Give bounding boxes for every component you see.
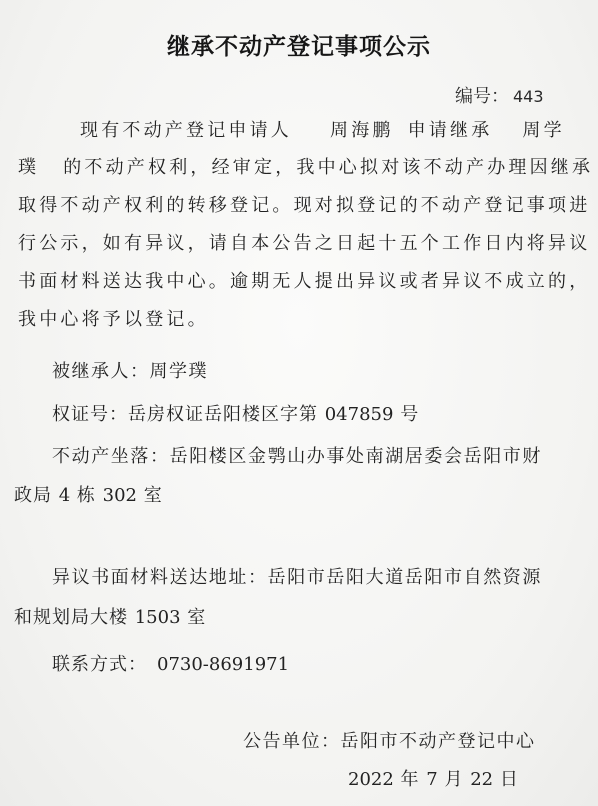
date-day-unit: 日 xyxy=(500,769,519,790)
document-number-value: 443 xyxy=(513,87,544,106)
contact-field: 联系方式：0730-8691971 xyxy=(52,650,289,676)
contact-label: 联系方式： xyxy=(52,654,147,675)
objection-address-line1: 岳阳市岳阳大道岳阳市自然资源 xyxy=(268,567,542,588)
notice-page: 继承不动产登记事项公示 编号：443 现有不动产登记申请人周海鹏申请继承周学 璞… xyxy=(0,0,598,806)
issuer-label: 公告单位： xyxy=(243,731,341,752)
certificate-value-prefix: 岳房权证岳阳楼区字第 xyxy=(128,404,318,425)
decedent-name-part1: 周学 xyxy=(522,120,564,141)
location-building: 4 xyxy=(59,485,70,506)
location-label: 不动产坐落： xyxy=(52,446,170,467)
body-line-5: 书面材料送达我中心。逾期无人提出异议或者异议不成立的， xyxy=(18,267,590,293)
decedent-label: 被继承人： xyxy=(52,361,150,382)
issuer: 公告单位：岳阳市不动产登记中心 xyxy=(243,727,536,753)
issue-date: 2022 年 7 月 22 日 xyxy=(348,765,519,791)
document-number-label: 编号： xyxy=(455,86,509,107)
date-day: 22 xyxy=(470,769,493,790)
location-value-line2-mid: 栋 xyxy=(77,485,96,506)
location-value-line1: 岳阳楼区金鹗山办事处南湖居委会岳阳市财 xyxy=(170,446,542,467)
body-line-1: 现有不动产登记申请人周海鹏申请继承周学 xyxy=(80,116,565,142)
body-line-2: 璞的不动产权利，经审定，我中心拟对该不动产办理因继承 xyxy=(18,153,593,179)
location-field-line2: 政局 4 栋 302 室 xyxy=(14,481,163,507)
body-line-1-mid: 申请继承 xyxy=(408,120,493,141)
location-room: 302 xyxy=(103,485,137,506)
document-number: 编号：443 xyxy=(455,82,544,108)
certificate-field: 权证号：岳房权证岳阳楼区字第 047859 号 xyxy=(52,400,419,426)
location-field: 不动产坐落：岳阳楼区金鹗山办事处南湖居委会岳阳市财 xyxy=(52,442,542,468)
certificate-label: 权证号： xyxy=(52,404,128,425)
issuer-value: 岳阳市不动产登记中心 xyxy=(341,731,536,752)
objection-address-line2-prefix: 和规划局大楼 xyxy=(14,607,128,628)
date-year-unit: 年 xyxy=(401,769,420,790)
certificate-number: 047859 xyxy=(325,404,394,425)
decedent-field: 被继承人：周学璞 xyxy=(52,357,208,383)
certificate-value-suffix: 号 xyxy=(400,404,419,425)
location-value-line2-suffix: 室 xyxy=(144,485,163,506)
date-month-unit: 月 xyxy=(444,769,463,790)
date-year: 2022 xyxy=(348,769,394,790)
decedent-name-part2: 璞 xyxy=(18,157,39,178)
date-month: 7 xyxy=(426,769,437,790)
body-line-6: 我中心将予以登记。 xyxy=(18,305,209,331)
body-line-4: 行公示，如有异议，请自本公告之日起十五个工作日内将异议 xyxy=(18,229,590,255)
decedent-value: 周学璞 xyxy=(150,361,209,382)
objection-address-line2-suffix: 室 xyxy=(187,607,206,628)
page-title: 继承不动产登记事项公示 xyxy=(0,28,598,61)
contact-phone: 0730-8691971 xyxy=(157,654,289,675)
body-line-2-text: 的不动产权利，经审定，我中心拟对该不动产办理因继承 xyxy=(63,157,593,178)
body-line-3: 取得不动产权利的转移登记。现对拟登记的不动产登记事项进 xyxy=(18,191,590,217)
objection-address: 异议书面材料送达地址：岳阳市岳阳大道岳阳市自然资源 xyxy=(52,563,542,589)
objection-address-line2: 和规划局大楼 1503 室 xyxy=(14,603,206,629)
objection-address-room: 1503 xyxy=(135,607,181,628)
location-value-line2-prefix: 政局 xyxy=(14,485,52,506)
applicant-name: 周海鹏 xyxy=(330,120,394,141)
objection-address-label: 异议书面材料送达地址： xyxy=(52,567,268,588)
body-line-1-prefix: 现有不动产登记申请人 xyxy=(80,120,292,141)
